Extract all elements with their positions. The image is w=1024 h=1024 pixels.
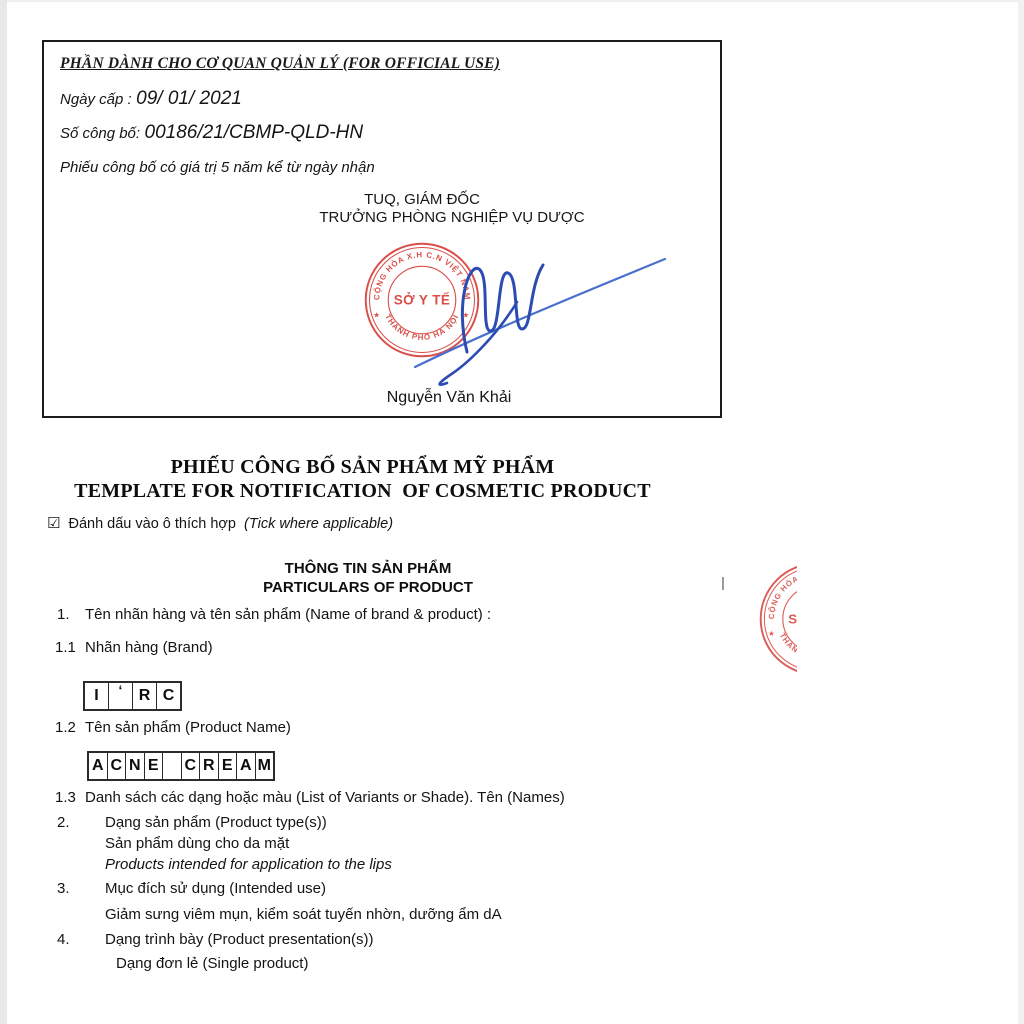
notification-number-value: 00186/21/CBMP-QLD-HN: [145, 122, 364, 143]
item-1-1-row: 1.1Nhãn hàng (Brand): [55, 639, 213, 656]
item-2-line2: Sản phẩm dùng cho da mặt: [105, 835, 289, 852]
grid-cell: ‘: [109, 683, 133, 709]
grid-cell: A: [237, 753, 256, 779]
product-name-grid: ACNECREAM: [87, 751, 275, 781]
scan-edge-left: [0, 0, 7, 1024]
item-4-text: Dạng trình bày (Product presentation(s)): [105, 931, 373, 948]
grid-cell: C: [157, 683, 180, 709]
tick-note-vi: Đánh dấu vào ô thích hợp: [68, 516, 236, 532]
item-2-text: Dạng sản phẩm (Product type(s)): [105, 814, 327, 831]
signer-name: Nguyễn Văn Khải: [387, 389, 512, 407]
stamp-center-text: SỞ Y TẾ: [788, 611, 797, 626]
item-1-3-row: 1.3Danh sách các dạng hoặc màu (List of …: [55, 789, 565, 806]
scan-edge-top: [0, 0, 1024, 2]
validity-note: Phiếu công bố có giá trị 5 năm kể từ ngà…: [60, 159, 375, 176]
item-1-2-number: 1.2: [55, 719, 85, 736]
document-title: PHIẾU CÔNG BỐ SẢN PHẨM MỸ PHẨM TEMPLATE …: [40, 455, 685, 503]
scan-artifact-mark: [722, 577, 724, 590]
item-3-text: Mục đích sử dụng (Intended use): [105, 880, 326, 897]
grid-cell: E: [219, 753, 238, 779]
item-1-text: Tên nhãn hàng và tên sản phẩm (Name of b…: [85, 606, 491, 623]
grid-cell: I: [85, 683, 109, 709]
tick-note-en: (Tick where applicable): [240, 516, 393, 532]
item-1-number: 1.: [57, 606, 85, 623]
document-title-en: TEMPLATE FOR NOTIFICATION OF COSMETIC PR…: [40, 479, 685, 503]
partial-stamp-clipped: CỘNG HÒA X.H C.N VIỆT NAM THÀNH PHỐ HÀ N…: [757, 560, 797, 678]
item-4-number: 4.: [57, 931, 105, 948]
item-2-number: 2.: [57, 814, 105, 831]
item-2-row: 2.Dạng sản phẩm (Product type(s)): [57, 814, 327, 831]
notification-number-row: Số công bố: 00186/21/CBMP-QLD-HN: [60, 122, 363, 144]
issue-date-row: Ngày cấp : 09/ 01/ 2021: [60, 88, 242, 110]
item-4-line2: Dạng đơn lẻ (Single product): [116, 955, 308, 972]
signature-ink: [397, 247, 687, 407]
item-1-3-text: Danh sách các dạng hoặc màu (List of Var…: [85, 789, 565, 806]
notification-number-label: Số công bố:: [60, 125, 140, 142]
item-3-row: 3.Mục đích sử dụng (Intended use): [57, 880, 326, 897]
item-1-1-text: Nhãn hàng (Brand): [85, 639, 213, 656]
grid-cell: [163, 753, 182, 779]
official-use-header: PHẦN DÀNH CHO CƠ QUAN QUẢN LÝ (FOR OFFIC…: [60, 55, 500, 73]
grid-cell: C: [108, 753, 127, 779]
stamp-star-left-icon: ★: [768, 629, 775, 638]
issue-date-label: Ngày cấp :: [60, 91, 132, 108]
item-1-3-number: 1.3: [55, 789, 85, 806]
grid-cell: R: [133, 683, 157, 709]
scan-edge-right: [1018, 0, 1024, 1024]
section-heading-en: PARTICULARS OF PRODUCT: [40, 579, 696, 598]
item-1-2-row: 1.2Tên sản phẩm (Product Name): [55, 719, 291, 736]
grid-cell: A: [89, 753, 108, 779]
item-4-row: 4.Dạng trình bày (Product presentation(s…: [57, 931, 373, 948]
grid-cell: E: [145, 753, 164, 779]
grid-cell: C: [182, 753, 201, 779]
issue-date-value: 09/ 01/ 2021: [136, 88, 242, 109]
item-1-2-text: Tên sản phẩm (Product Name): [85, 719, 291, 736]
signer-title-line1: TUQ, GIÁM ĐỐC: [364, 191, 480, 208]
signer-title-line2: TRƯỞNG PHÒNG NGHIỆP VỤ DƯỢC: [319, 209, 584, 226]
item-2-line3: Products intended for application to the…: [105, 856, 392, 873]
tick-note-row: ☑ Đánh dấu vào ô thích hợp (Tick where a…: [47, 514, 393, 532]
stamp-star-left-icon: ★: [373, 310, 380, 319]
section-heading: THÔNG TIN SẢN PHẨM PARTICULARS OF PRODUC…: [40, 560, 696, 597]
grid-cell: M: [256, 753, 274, 779]
item-1-1-number: 1.1: [55, 639, 85, 656]
item-3-line2: Giảm sưng viêm mụn, kiểm soát tuyến nhờn…: [105, 906, 502, 923]
document-title-vi: PHIẾU CÔNG BỐ SẢN PHẨM MỸ PHẨM: [40, 455, 685, 479]
brand-name-grid: I‘RC: [83, 681, 182, 711]
checked-checkbox-icon: ☑: [47, 514, 60, 532]
grid-cell: R: [200, 753, 219, 779]
section-heading-vi: THÔNG TIN SẢN PHẨM: [40, 560, 696, 579]
item-3-number: 3.: [57, 880, 105, 897]
item-1-row: 1.Tên nhãn hàng và tên sản phẩm (Name of…: [57, 606, 491, 623]
grid-cell: N: [126, 753, 145, 779]
official-use-box: PHẦN DÀNH CHO CƠ QUAN QUẢN LÝ (FOR OFFIC…: [42, 40, 722, 418]
